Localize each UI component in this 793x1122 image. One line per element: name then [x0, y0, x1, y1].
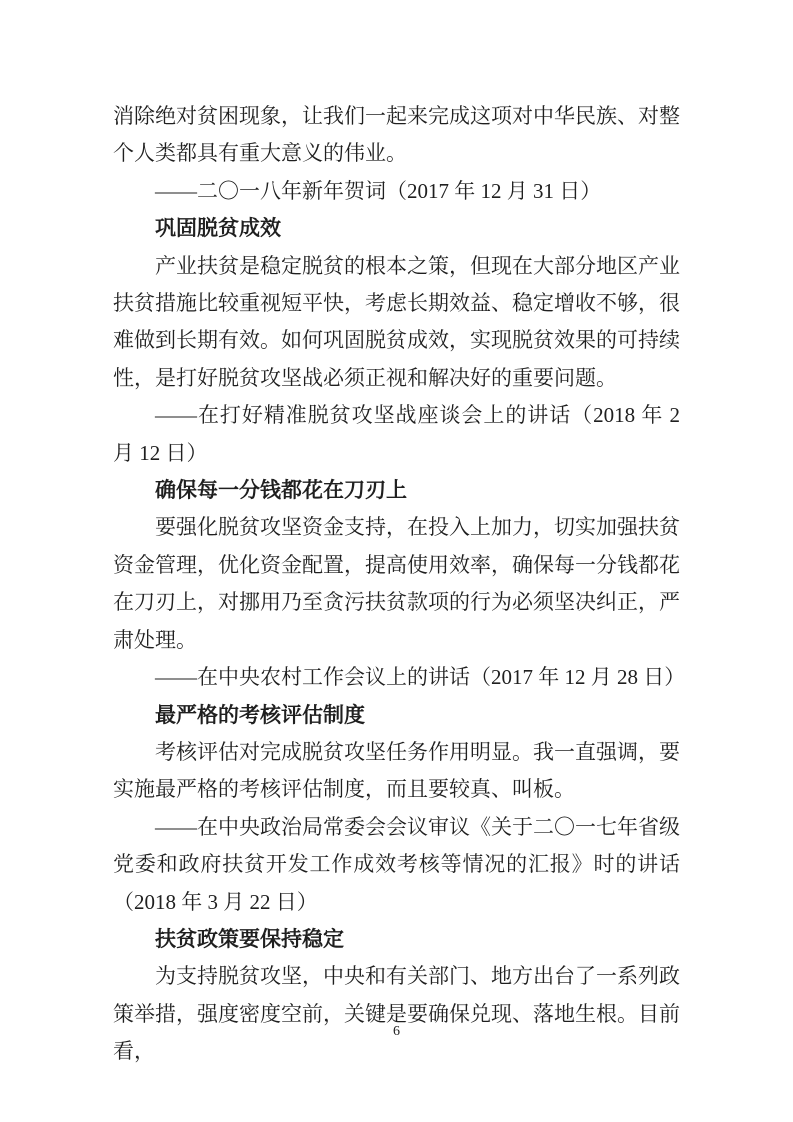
document-page: 消除绝对贫困现象，让我们一起来完成这项对中华民族、对整个人类都具有重大意义的伟业…: [0, 0, 793, 1122]
document-body: 消除绝对贫困现象，让我们一起来完成这项对中华民族、对整个人类都具有重大意义的伟业…: [113, 98, 680, 1071]
paragraph: 考核评估对完成脱贫攻坚任务作用明显。我一直强调，要实施最严格的考核评估制度，而且…: [113, 734, 680, 809]
quote-attribution: ——在中央政治局常委会会议审议《关于二〇一七年省级党委和政府扶贫开发工作成效考核…: [113, 809, 680, 921]
quote-attribution: ——二〇一八年新年贺词（2017 年 12 月 31 日）: [113, 173, 680, 210]
section-heading: 巩固脱贫成效: [113, 210, 680, 247]
quote-attribution: ——在中央农村工作会议上的讲话（2017 年 12 月 28 日）: [113, 659, 680, 696]
section-heading: 最严格的考核评估制度: [113, 697, 680, 734]
paragraph: 为支持脱贫攻坚，中央和有关部门、地方出台了一系列政策举措，强度密度空前，关键是要…: [113, 958, 680, 1070]
section-heading: 扶贫政策要保持稳定: [113, 921, 680, 958]
paragraph: 消除绝对贫困现象，让我们一起来完成这项对中华民族、对整个人类都具有重大意义的伟业…: [113, 98, 680, 173]
section-heading: 确保每一分钱都花在刀刃上: [113, 472, 680, 509]
paragraph: 产业扶贫是稳定脱贫的根本之策，但现在大部分地区产业扶贫措施比较重视短平快，考虑长…: [113, 248, 680, 398]
quote-attribution: ——在打好精准脱贫攻坚战座谈会上的讲话（2018 年 2 月 12 日）: [113, 397, 680, 472]
page-number: 6: [0, 1022, 793, 1042]
paragraph: 要强化脱贫攻坚资金支持，在投入上加力，切实加强扶贫资金管理，优化资金配置，提高使…: [113, 509, 680, 659]
